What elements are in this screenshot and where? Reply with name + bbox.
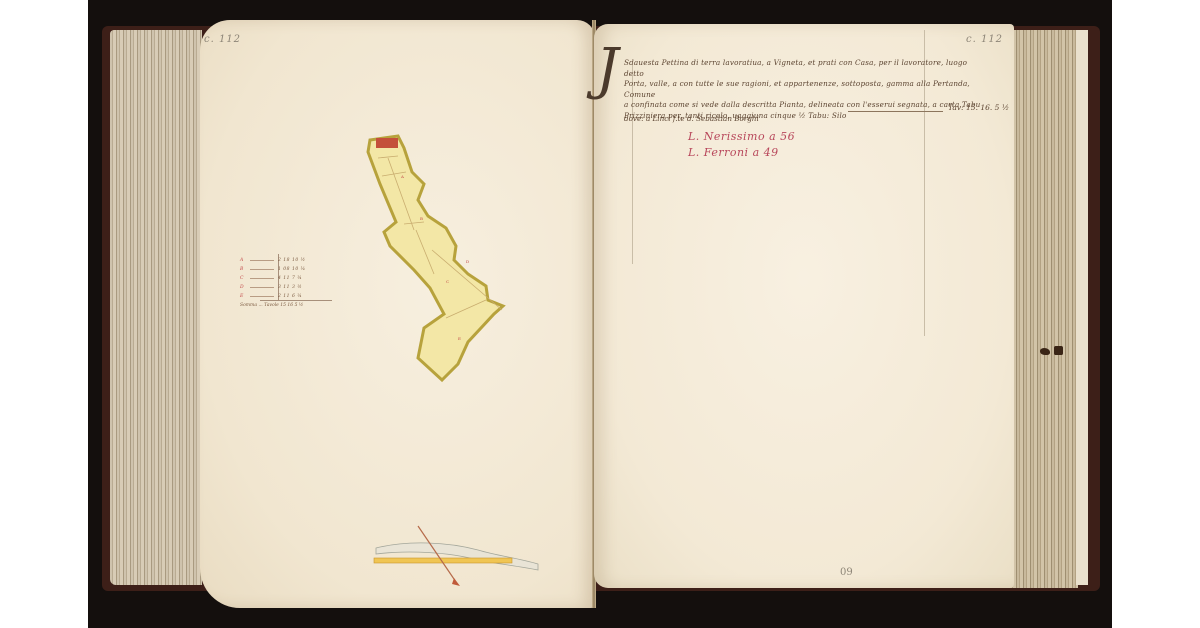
parcel-outline bbox=[368, 136, 503, 380]
page-number: 09 bbox=[840, 567, 853, 578]
svg-text:E: E bbox=[458, 336, 461, 341]
table-row: B 1 08 10 ¼ bbox=[240, 265, 332, 273]
book-photo: c. 112 A 2 18 10 ½ B 1 08 10 ¼ C 4 11 7 … bbox=[88, 0, 1112, 628]
parcel-map: A B C D E bbox=[358, 128, 528, 390]
owner-line: dove: a Linci f.te d. Sebastian Borghi bbox=[624, 114, 759, 123]
svg-text:A: A bbox=[400, 174, 404, 179]
entry-amount: Tav: 15. 16. 5 ½ bbox=[948, 103, 1009, 112]
table-row: E 2 11 6 ¼ bbox=[240, 292, 332, 300]
compass-and-scale bbox=[368, 520, 548, 590]
left-folio-mark: c. 112 bbox=[204, 34, 241, 45]
left-page-edges bbox=[110, 30, 202, 585]
red-annotation: L. Nerissimo a 56 bbox=[688, 130, 795, 143]
right-folio-mark: c. 112 bbox=[966, 34, 1003, 45]
area-table: A 2 18 10 ½ B 1 08 10 ¼ C 4 11 7 ¼ D 3 1… bbox=[240, 254, 332, 312]
ink-stain bbox=[1054, 346, 1063, 355]
banner-icon bbox=[376, 543, 538, 570]
right-page-edges bbox=[1010, 30, 1078, 588]
svg-text:C: C bbox=[446, 279, 449, 284]
red-annotation: L. Ferroni a 49 bbox=[688, 146, 779, 159]
ink-stain bbox=[1040, 348, 1050, 355]
svg-text:B: B bbox=[420, 216, 423, 221]
table-row: D 3 11 3 ½ bbox=[240, 283, 332, 291]
table-row: C 4 11 7 ¼ bbox=[240, 274, 332, 282]
decorated-initial: J bbox=[596, 42, 618, 98]
building-icon bbox=[376, 138, 398, 148]
table-total: Somma ... Tavole 15 16 5 ½ bbox=[240, 303, 303, 308]
leader-line bbox=[848, 111, 943, 112]
right-page-strip bbox=[1076, 30, 1088, 585]
table-row: A 2 18 10 ½ bbox=[240, 256, 332, 264]
svg-text:D: D bbox=[466, 259, 469, 264]
